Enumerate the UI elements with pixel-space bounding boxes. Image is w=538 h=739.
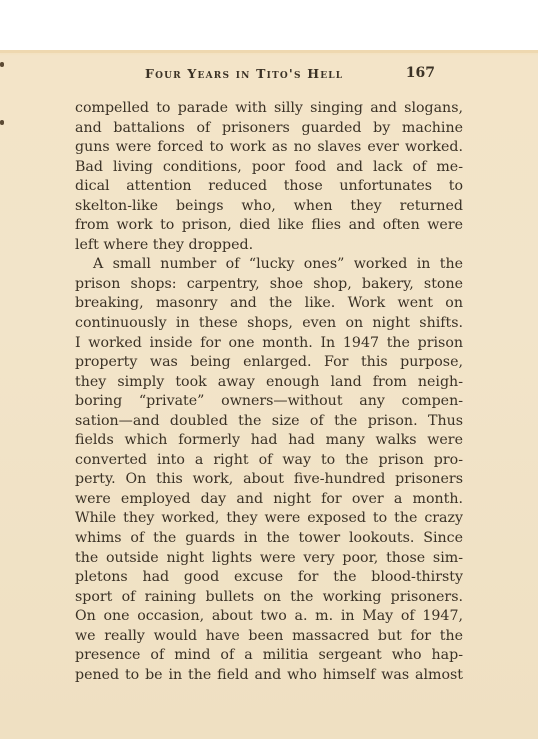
text-line: While they worked, they were exposed to … — [75, 509, 463, 529]
text-line: continuously in these shops, even on nig… — [75, 314, 463, 334]
text-line: dical attention reduced those unfortunat… — [75, 177, 463, 197]
page-number: 167 — [406, 65, 435, 81]
text-line: pletons had good excuse for the blood-th… — [75, 568, 463, 588]
text-line: presence of mind of a militia sergeant w… — [75, 646, 463, 666]
text-line: fields which formerly had had many walks… — [75, 431, 463, 451]
text-line: sation—and doubled the size of the priso… — [75, 412, 463, 432]
paragraph-1: compelled to parade with silly singing a… — [75, 99, 463, 255]
text-line: breaking, masonry and the like. Work wen… — [75, 294, 463, 314]
page-header: Four Years in Tito's Hell 167 — [145, 66, 435, 86]
text-line: prison shops: carpentry, shoe shop, bake… — [75, 275, 463, 295]
text-line: skelton-like beings who, when they retur… — [75, 197, 463, 217]
paragraph-2: A small number of “lucky ones” worked in… — [75, 255, 463, 685]
text-line: left where they dropped. — [75, 236, 463, 256]
text-line: A small number of “lucky ones” worked in… — [75, 255, 463, 275]
text-line: guns were forced to work as no slaves ev… — [75, 138, 463, 158]
text-line: pened to be in the field and who himself… — [75, 666, 463, 686]
text-line: property was being enlarged. For this pu… — [75, 353, 463, 373]
running-title: Four Years in Tito's Hell — [145, 66, 343, 81]
text-line: we really would have been massacred but … — [75, 627, 463, 647]
text-line: whims of the guards in the tower lookout… — [75, 529, 463, 549]
text-line: sport of raining bullets on the working … — [75, 588, 463, 608]
text-line: Bad living conditions, poor food and lac… — [75, 158, 463, 178]
text-line: the outside night lights were very poor,… — [75, 549, 463, 569]
binding-mark — [0, 120, 4, 125]
text-line: On one occasion, about two a. m. in May … — [75, 607, 463, 627]
text-line: they simply took away enough land from n… — [75, 373, 463, 393]
text-line: were employed day and night for over a m… — [75, 490, 463, 510]
text-line: and battalions of prisoners guarded by m… — [75, 119, 463, 139]
text-line: I worked inside for one month. In 1947 t… — [75, 334, 463, 354]
text-line: converted into a right of way to the pri… — [75, 451, 463, 471]
binding-mark — [0, 62, 4, 67]
text-line: from work to prison, died like flies and… — [75, 216, 463, 236]
text-line: compelled to parade with silly singing a… — [75, 99, 463, 119]
book-page: Four Years in Tito's Hell 167 compelled … — [0, 50, 538, 739]
text-line: boring “private” owners—without any comp… — [75, 392, 463, 412]
text-line: perty. On this work, about five-hundred … — [75, 470, 463, 490]
body-text: compelled to parade with silly singing a… — [75, 99, 463, 685]
